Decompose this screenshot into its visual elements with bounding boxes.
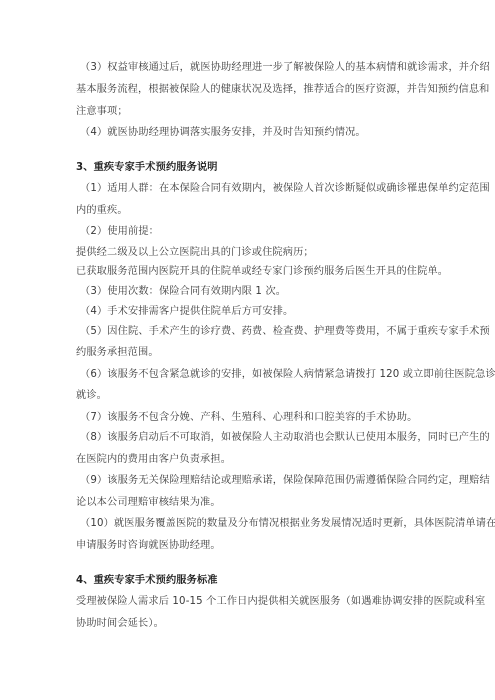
paragraph-line: 已获取服务范围内医院开具的住院单或经专家门诊预约服务后医生开具的住院单。 [76, 265, 448, 279]
paragraph-line: （5）因住院、手术产生的诊疗费、药费、检查费、护理费等费用，不属于重疾专家手术预 [80, 325, 490, 339]
paragraph-line: （2）使用前提： [80, 225, 159, 239]
paragraph-line: 提供经二级及以上公立医院出具的门诊或住院病历； [76, 246, 314, 260]
paragraph-line: （6）该服务不包含紧急就诊的安排，如被保险人病情紧急请拨打 120 或立即前往医… [80, 368, 495, 382]
paragraph-line: （3）权益审核通过后，就医协助经理进一步了解被保险人的基本病情和就诊需求，并介绍 [80, 61, 490, 75]
paragraph-line: 约服务承担范围。 [76, 346, 159, 360]
section-heading: 4、重疾专家手术预约服务标准 [76, 574, 218, 588]
paragraph-line: （7）该服务不包含分娩、产科、生殖科、心理科和口腔美容的手术协助。 [80, 411, 417, 425]
document-page: （3）权益审核通过后，就医协助经理进一步了解被保险人的基本病情和就诊需求，并介绍… [0, 0, 495, 700]
paragraph-line: （4）手术安排需客户提供住院单后方可安排。 [80, 305, 293, 319]
paragraph-line: 在医院内的费用由客户负责承担。 [76, 453, 231, 467]
paragraph-line: 受理被保险人需求后 10-15 个工作日内提供相关就医服务（如遇难协调安排的医院… [76, 595, 485, 609]
paragraph-line: （1）适用人群：在本保险合同有效期内，被保险人首次诊断疑似或确诊罹患保单约定范围 [80, 182, 490, 196]
paragraph-line: 基本服务流程，根据被保险人的健康状况及选择，推荐适合的医疗资源，并告知预约信息和 [76, 83, 490, 97]
paragraph-line: （10）就医服务覆盖医院的数量及分布情况根据业务发展情况适时更新，具体医院清单请… [80, 517, 495, 531]
paragraph-line: 注意事项； [76, 105, 128, 119]
paragraph-line: 内的重疾。 [76, 204, 128, 218]
paragraph-line: （3）使用次数：保险合同有效期内限 1 次。 [80, 285, 286, 299]
paragraph-line: （8）该服务启动后不可取消，如被保险人主动取消也会默认已使用本服务，同时已产生的 [80, 431, 490, 445]
paragraph-line: （9）该服务无关保险理赔结论或理赔承诺，保险保障范围仍需遵循保险合同约定，理赔结 [80, 474, 490, 488]
paragraph-line: 申请服务时咨询就医协助经理。 [76, 539, 221, 553]
section-heading: 3、重疾专家手术预约服务说明 [76, 161, 218, 175]
paragraph-line: （4）就医协助经理协调落实服务安排，并及时告知预约情况。 [80, 126, 366, 140]
paragraph-line: 就诊。 [76, 389, 107, 403]
paragraph-line: 协助时间会延长）。 [76, 617, 164, 631]
paragraph-line: 论以本公司理赔审核结果为准。 [76, 496, 221, 510]
